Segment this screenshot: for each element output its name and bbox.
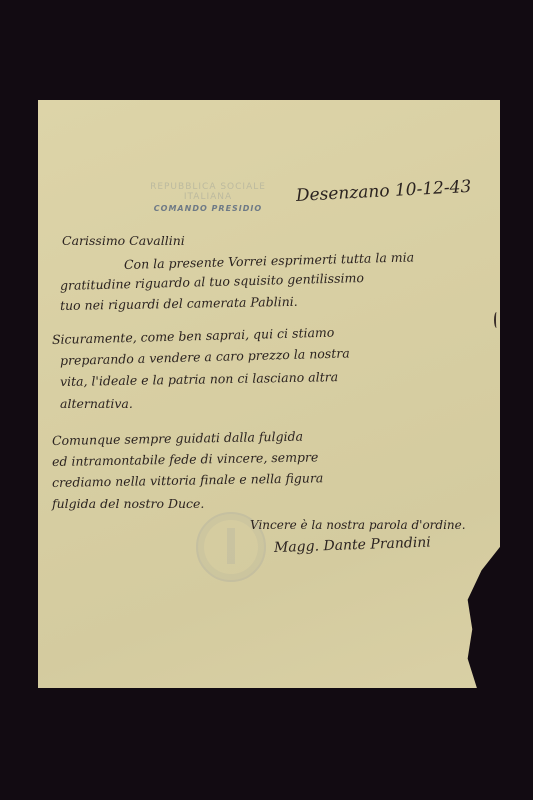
paper-tear-mark <box>494 312 499 328</box>
body-line-11: fulgida del nostro Duce. <box>52 496 204 511</box>
body-line-7: alternativa. <box>60 396 133 411</box>
closing-motto: Vincere è la nostra parola d'ordine. <box>250 518 466 532</box>
stamp-line-1: REPUBBLICA SOCIALE ITALIANA <box>128 182 288 202</box>
body-line-4: Sicuramente, come ben saprai, qui ci sti… <box>52 325 335 347</box>
body-line-9: ed intramontabile fede di vincere, sempr… <box>52 449 319 469</box>
body-line-1: Con la presente Vorrei esprimerti tutta … <box>124 249 414 272</box>
body-line-5: preparando a vendere a caro prezzo la no… <box>60 345 350 368</box>
letter-paper: REPUBBLICA SOCIALE ITALIANA COMANDO PRES… <box>38 100 500 688</box>
body-line-2: gratitudine riguardo al tuo squisito gen… <box>60 270 364 293</box>
body-line-8: Comunque sempre guidati dalla fulgida <box>52 429 303 448</box>
letterhead-stamp: REPUBBLICA SOCIALE ITALIANA COMANDO PRES… <box>128 182 288 213</box>
place-date: Desenzano 10-12-43 <box>295 177 471 206</box>
salutation: Carissimo Cavallini <box>62 233 185 248</box>
signature: Magg. Dante Prandini <box>274 535 431 556</box>
stamp-line-2: COMANDO PRESIDIO <box>128 204 288 213</box>
body-line-6: vita, l'ideale e la patria non ci lascia… <box>60 369 338 389</box>
body-line-3: tuo nei riguardi del camerata Pablini. <box>60 294 298 313</box>
body-line-10: crediamo nella vittoria finale e nella f… <box>52 470 324 490</box>
